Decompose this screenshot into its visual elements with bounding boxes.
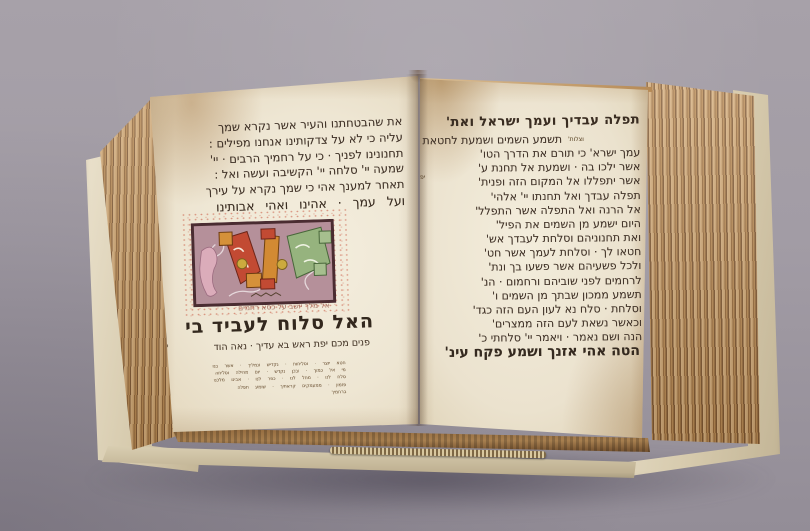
red-box-bottom — [261, 279, 275, 289]
green-box-bottom — [314, 263, 326, 275]
corner-box-2 — [246, 273, 261, 287]
gutter-shadow — [406, 74, 428, 426]
photo-scene: 264 את שהבטחתנו והעיר אשר נקרא שמךעליה כ… — [0, 0, 810, 531]
right-page-text-block: תשמע השמים ושמעת לחטאת ע'עמך ישרא' כי תו… — [424, 132, 642, 347]
green-box-top — [319, 231, 331, 243]
marginal-gloss-block: חטא יוצר · וסליחות · נקדיש ונמליך · אשר … — [196, 360, 347, 400]
left-page: 264 את שהבטחתנו והעיר אשר נקרא שמךעליה כ… — [148, 74, 420, 436]
left-page-sub-line: פנים מכם יפת ראש בא עדיך · נאה הוד — [194, 337, 370, 354]
right-page-last-line: הטה אהי אזנך ושמע פקח עינ' — [428, 343, 640, 361]
illuminated-initial-word-panel — [191, 219, 337, 307]
folio-number: 264 — [154, 88, 168, 97]
right-page-heading: תפלה עבדיך ועמך ישראל ואת' — [426, 113, 640, 131]
initial-word-display-line: האל סלוח לעביד בי — [192, 310, 375, 338]
page-edges-right — [642, 78, 764, 448]
red-box-top — [261, 229, 275, 239]
left-page-text-block: את שהבטחתנו והעיר אשר נקרא שמךעליה כי לא… — [174, 114, 405, 217]
gold-disc-left — [237, 259, 247, 269]
corner-box-1 — [219, 232, 232, 245]
gold-disc-right — [277, 259, 287, 269]
right-page: תפלה עבדיך ועמך ישראל ואת' וצלות' יפנ' ת… — [418, 74, 652, 442]
